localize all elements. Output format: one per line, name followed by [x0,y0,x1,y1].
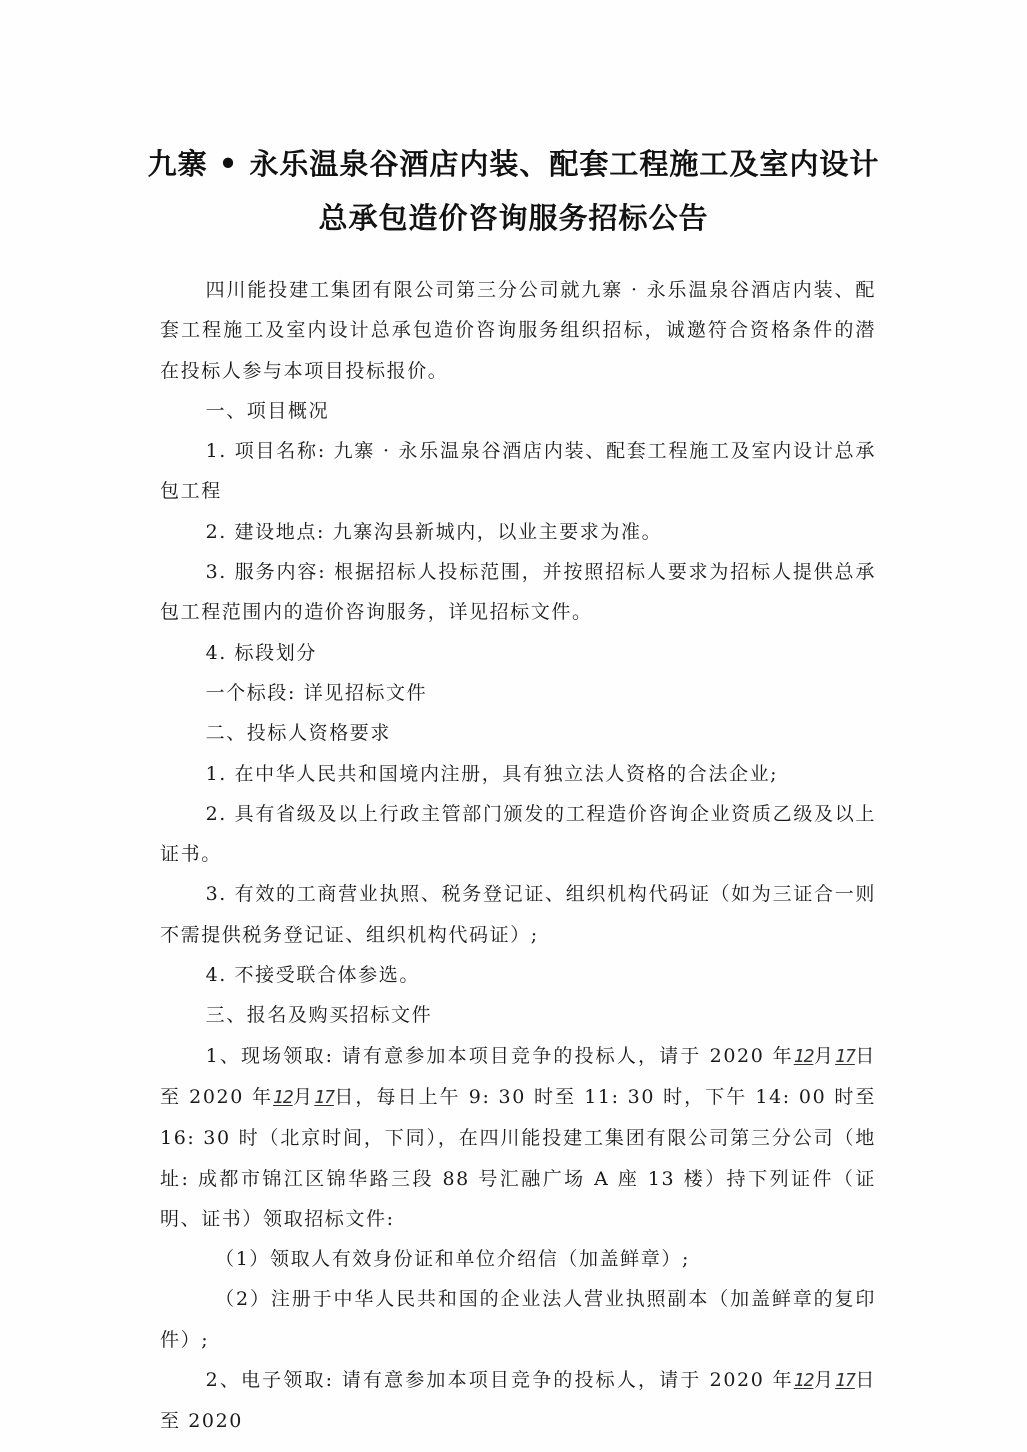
handwritten-start-day: 17 [835,1370,855,1391]
lot-division: 4. 标段划分 [160,633,876,673]
required-document-1: （1）领取人有效身份证和单位介绍信（加盖鲜章）; [160,1239,876,1279]
month-label: 月 [293,1086,315,1108]
project-name: 1. 项目名称: 九寨 · 永乐温泉谷酒店内装、配套工程施工及室内设计总承包工程 [160,431,876,512]
document-title-line2: 总承包造价咨询服务招标公告 [0,196,1027,237]
document-body: 四川能投建工集团有限公司第三分公司就九寨 · 永乐温泉谷酒店内装、配套工程施工及… [160,270,876,1442]
section3-heading: 三、报名及购买招标文件 [160,995,876,1035]
handwritten-end-month: 12 [273,1087,293,1108]
month-label: 月 [813,1369,835,1391]
qualification-3: 3. 有效的工商营业执照、税务登记证、组织机构代码证（如为三证合一则不需提供税务… [160,874,876,955]
handwritten-start-day: 17 [835,1046,855,1067]
construction-location: 2. 建设地点: 九寨沟县新城内，以业主要求为准。 [160,512,876,552]
document-title-line1: 九寨 • 永乐温泉谷酒店内装、配套工程施工及室内设计 [0,142,1027,183]
qualification-1: 1. 在中华人民共和国境内注册，具有独立法人资格的合法企业; [160,754,876,794]
electronic-prefix: 2、电子领取: 请有意参加本项目竞争的投标人，请于 2020 年 [206,1369,794,1391]
handwritten-start-month: 12 [794,1370,814,1391]
onsite-collection: 1、现场领取: 请有意参加本项目竞争的投标人，请于 2020 年12月17日至 … [160,1036,876,1239]
lot-division-detail: 一个标段: 详见招标文件 [160,673,876,713]
document-page: 九寨 • 永乐温泉谷酒店内装、配套工程施工及室内设计 总承包造价咨询服务招标公告… [0,0,1027,1452]
handwritten-end-day: 17 [314,1087,334,1108]
handwritten-start-month: 12 [794,1046,814,1067]
section2-heading: 二、投标人资格要求 [160,713,876,753]
qualification-4: 4. 不接受联合体参选。 [160,955,876,995]
onsite-prefix: 1、现场领取: 请有意参加本项目竞争的投标人，请于 2020 年 [206,1045,794,1067]
section1-heading: 一、项目概况 [160,391,876,431]
service-content: 3. 服务内容: 根据招标人投标范围，并按照招标人要求为招标人提供总承包工程范围… [160,552,876,633]
qualification-2: 2. 具有省级及以上行政主管部门颁发的工程造价咨询企业资质乙级及以上证书。 [160,794,876,875]
electronic-collection: 2、电子领取: 请有意参加本项目竞争的投标人，请于 2020 年12月17日至 … [160,1360,876,1442]
required-document-2: （2）注册于中华人民共和国的企业法人营业执照副本（加盖鲜章的复印件）; [160,1279,876,1360]
intro-paragraph: 四川能投建工集团有限公司第三分公司就九寨 · 永乐温泉谷酒店内装、配套工程施工及… [160,270,876,391]
month-label: 月 [813,1045,835,1067]
